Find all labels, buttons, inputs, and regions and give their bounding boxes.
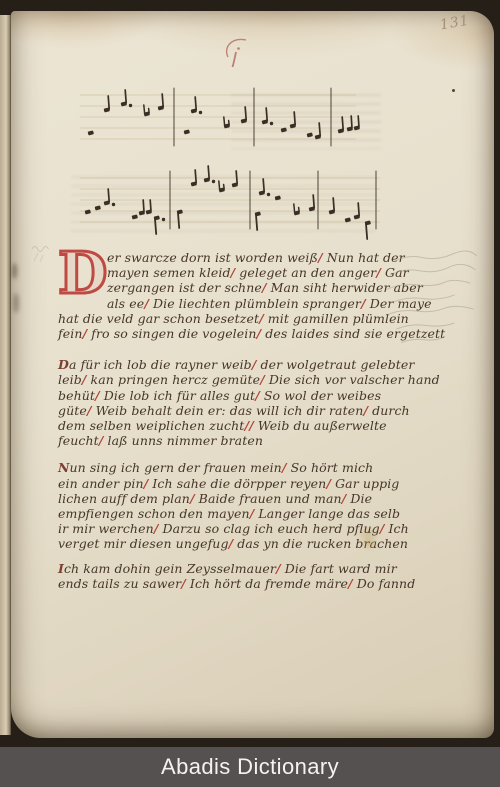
text-line: Nun sing ich gern der frauen mein/ So hö…	[58, 460, 394, 475]
music-stave	[78, 168, 396, 262]
manuscript-paragraph: Ich kam dohin gein Zeysselmauer/ Die far…	[58, 561, 394, 591]
text-line: er swarcze dorn ist worden weiß/ Nun hat…	[58, 250, 394, 265]
text-line: Da für ich lob die rayner weib/ der wolg…	[58, 357, 394, 372]
text-line: feucht/ laß unns nimmer braten	[58, 433, 394, 448]
text-line: hat die veld gar schon besetzet/ mit gam…	[58, 311, 394, 326]
caption-text: Abadis Dictionary	[161, 754, 339, 780]
book-fore-edge	[0, 15, 11, 735]
text-line: verget mir diesen ungefug/ das yn die ru…	[58, 536, 394, 551]
text-line: mayen semen kleid/ geleget an den anger/…	[58, 265, 394, 280]
pencil-marginalia	[383, 249, 487, 353]
text-line: ends tails zu sawer/ Ich hört da fremde …	[58, 576, 394, 591]
manuscript-paragraph: Der swarcze dorn ist worden weiß/ Nun ha…	[58, 250, 394, 341]
text-line: güte/ Weib behalt dein er: das will ich …	[58, 403, 394, 418]
text-line: lichen auff dem plan/ Baide frauen und m…	[58, 491, 394, 506]
music-stave	[78, 85, 372, 179]
stain-spot	[363, 539, 375, 548]
text-line: als ee/ Die liechten plümblein spranger/…	[58, 296, 394, 311]
ink-smudge	[13, 293, 19, 313]
text-line: ein ander pin/ Ich sahe die dörpper reye…	[58, 476, 394, 491]
manuscript-page: 131 Der swarcze dorn ist worden weiß/ Nu…	[11, 11, 494, 738]
caption-bar: Abadis Dictionary	[0, 747, 500, 787]
manuscript-paragraph: Da für ich lob die rayner weib/ der wolg…	[58, 357, 394, 448]
text-line: behüt/ Die lob ich für alles gut/ So wol…	[58, 388, 394, 403]
text-line: ir mir werchen/ Darzu so clag ich euch h…	[58, 521, 394, 536]
manuscript-paragraph: Nun sing ich gern der frauen mein/ So hö…	[58, 460, 394, 551]
text-line: fein/ fro so singen die vogelein/ des la…	[58, 326, 394, 341]
folio-number: 131	[439, 13, 471, 34]
text-line: Ich kam dohin gein Zeysselmauer/ Die far…	[58, 561, 394, 576]
ink-speck	[452, 89, 455, 92]
ink-smudge	[12, 263, 17, 279]
text-line: dem selben weiplichen zucht// Weib du au…	[58, 418, 394, 433]
text-line: leib/ kan pringen hercz gemüte/ Die sich…	[58, 372, 394, 387]
text-line: empfiengen schon den mayen/ Langer lange…	[58, 506, 394, 521]
manuscript-text-block: Der swarcze dorn ist worden weiß/ Nun ha…	[58, 250, 394, 605]
illuminated-initial: D	[58, 251, 100, 297]
quire-mark-icon	[219, 36, 255, 80]
manuscript-photo: 131 Der swarcze dorn ist worden weiß/ Nu…	[0, 0, 500, 747]
text-line: zergangen ist der schne/ Man siht herwid…	[58, 280, 394, 295]
